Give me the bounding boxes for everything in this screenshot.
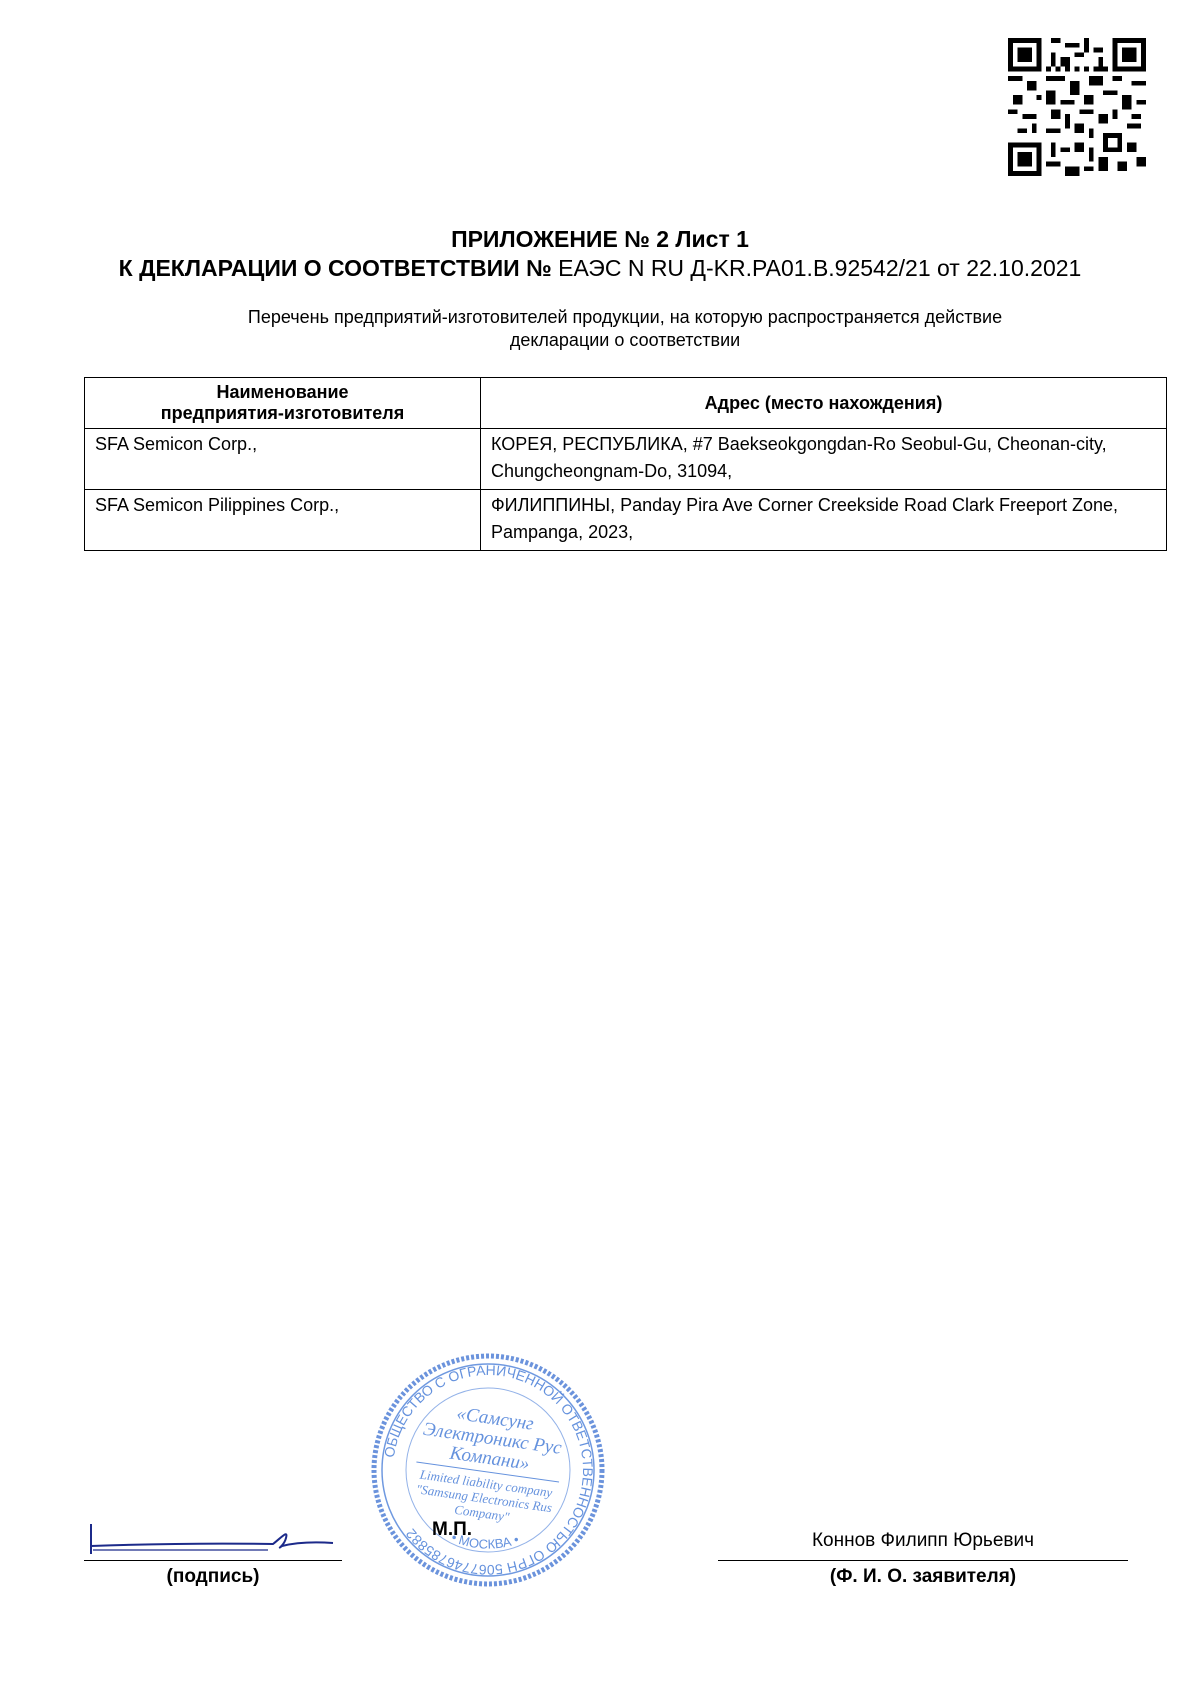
header-address: Адрес (место нахождения) (481, 378, 1167, 429)
handwritten-signature (88, 1516, 338, 1560)
document-subtitle: Перечень предприятий-изготовителей проду… (0, 306, 1200, 352)
declaration-title: К ДЕКЛАРАЦИИ О СООТВЕТСТВИИ № ЕАЭС N RU … (0, 255, 1200, 282)
seal-label: М.П. (432, 1519, 472, 1541)
appendix-title: ПРИЛОЖЕНИЕ № 2 Лист 1 (0, 226, 1200, 253)
manufacturer-name: SFA Semicon Corp., (85, 429, 481, 490)
subtitle-line-1: Перечень предприятий-изготовителей проду… (0, 306, 1200, 329)
manufacturer-address: ФИЛИППИНЫ, Panday Pira Ave Corner Creeks… (481, 490, 1167, 551)
signature-label: (подпись) (84, 1566, 342, 1588)
applicant-name: Коннов Филипп Юрьевич (718, 1530, 1128, 1552)
declaration-number: ЕАЭС N RU Д-KR.PA01.B.92542/21 от 22.10.… (552, 255, 1082, 281)
header-name-line-1: Наименование (86, 382, 479, 403)
table-row: SFA Semicon Pilippines Corp., ФИЛИППИНЫ,… (85, 490, 1167, 551)
subtitle-line-2: декларации о соответствии (0, 329, 1200, 352)
qr-code (1008, 38, 1146, 176)
manufacturers-table: Наименование предприятия-изготовителя Ад… (84, 377, 1167, 551)
header-name-line-2: предприятия-изготовителя (86, 403, 479, 424)
table-header-row: Наименование предприятия-изготовителя Ад… (85, 378, 1167, 429)
applicant-label: (Ф. И. О. заявителя) (718, 1566, 1128, 1588)
manufacturer-address: КОРЕЯ, РЕСПУБЛИКА, #7 Baekseokgongdan-Ro… (481, 429, 1167, 490)
header-manufacturer-name: Наименование предприятия-изготовителя (85, 378, 481, 429)
signature-line (84, 1560, 342, 1561)
company-seal-stamp: ОБЩЕСТВО С ОГРАНИЧЕННОЙ ОТВЕТСТВЕННОСТЬЮ… (368, 1352, 608, 1588)
applicant-name-line (718, 1560, 1128, 1561)
declaration-title-prefix: К ДЕКЛАРАЦИИ О СООТВЕТСТВИИ № (119, 255, 552, 281)
table-row: SFA Semicon Corp., КОРЕЯ, РЕСПУБЛИКА, #7… (85, 429, 1167, 490)
manufacturer-name: SFA Semicon Pilippines Corp., (85, 490, 481, 551)
